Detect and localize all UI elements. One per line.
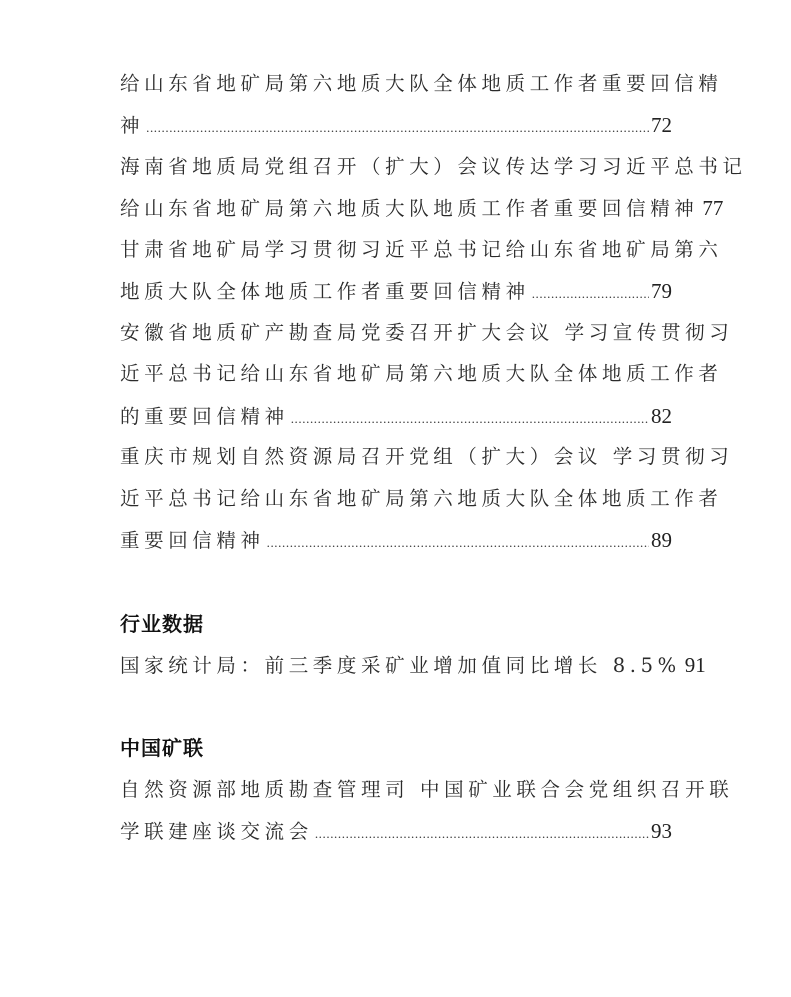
toc-entry-text: 地质大队全体地质工作者重要回信精神: [120, 277, 530, 307]
toc-entry-text: 重要回信精神: [120, 526, 265, 556]
dot-leader: ........................................…: [267, 528, 649, 558]
section-heading: 中国矿联: [120, 733, 204, 763]
toc-entry-text: 给山东省地矿局第六地质大队地质工作者重要回信精神: [120, 194, 698, 224]
page-number: 82: [651, 401, 672, 431]
toc-entry-last-line[interactable]: 给山东省地矿局第六地质大队地质工作者重要回信精神 ...............…: [120, 193, 672, 223]
toc-entry-last-line[interactable]: 地质大队全体地质工作者重要回信精神 ......................…: [120, 276, 672, 306]
toc-entry-line: 海南省地质局党组召开（扩大）会议传达学习习近平总书记: [120, 152, 672, 182]
section-heading: 行业数据: [120, 609, 204, 639]
toc-entry-last-line[interactable]: 神 ......................................…: [120, 110, 672, 140]
page-number: 77: [702, 193, 723, 223]
toc-entry-line: 安徽省地质矿产勘查局党委召开扩大会议 学习宣传贯彻习: [120, 318, 672, 348]
toc-entry-line: 给山东省地矿局第六地质大队全体地质工作者重要回信精: [120, 69, 672, 99]
toc-entry-text: 神: [120, 111, 144, 141]
toc-entry-text: 国家统计局：前三季度采矿业增加值同比增长 8.5%: [120, 651, 681, 681]
toc-entry-line: 近平总书记给山东省地矿局第六地质大队全体地质工作者: [120, 359, 672, 389]
toc-entry-last-line[interactable]: 的重要回信精神 ................................…: [120, 401, 672, 431]
toc-entry-line: 甘肃省地矿局学习贯彻习近平总书记给山东省地矿局第六: [120, 235, 672, 265]
page-number: 93: [651, 816, 672, 846]
toc-entry-text: 学联建座谈交流会: [120, 817, 313, 847]
page-number: 72: [651, 110, 672, 140]
page-number: 89: [651, 525, 672, 555]
toc-entry-line: 重庆市规划自然资源局召开党组（扩大）会议 学习贯彻习: [120, 442, 672, 472]
toc-entry-line: 自然资源部地质勘查管理司 中国矿业联合会党组织召开联: [120, 775, 672, 805]
dot-leader: ........................................…: [146, 113, 649, 143]
toc-entry-last-line[interactable]: 学联建座谈交流会 ...............................…: [120, 816, 672, 846]
toc-entry-text: 的重要回信精神: [120, 402, 289, 432]
page-number: 79: [651, 276, 672, 306]
toc-entry-line: 近平总书记给山东省地矿局第六地质大队全体地质工作者: [120, 484, 672, 514]
toc-entry-last-line[interactable]: 重要回信精神 .................................…: [120, 525, 672, 555]
toc-entry-last-line[interactable]: 国家统计局：前三季度采矿业增加值同比增长 8.5% ..............…: [120, 650, 672, 680]
dot-leader: ........................................…: [291, 404, 649, 434]
page-number: 91: [685, 650, 706, 680]
dot-leader: ........................................…: [315, 819, 649, 849]
dot-leader: ........................................…: [532, 279, 649, 309]
